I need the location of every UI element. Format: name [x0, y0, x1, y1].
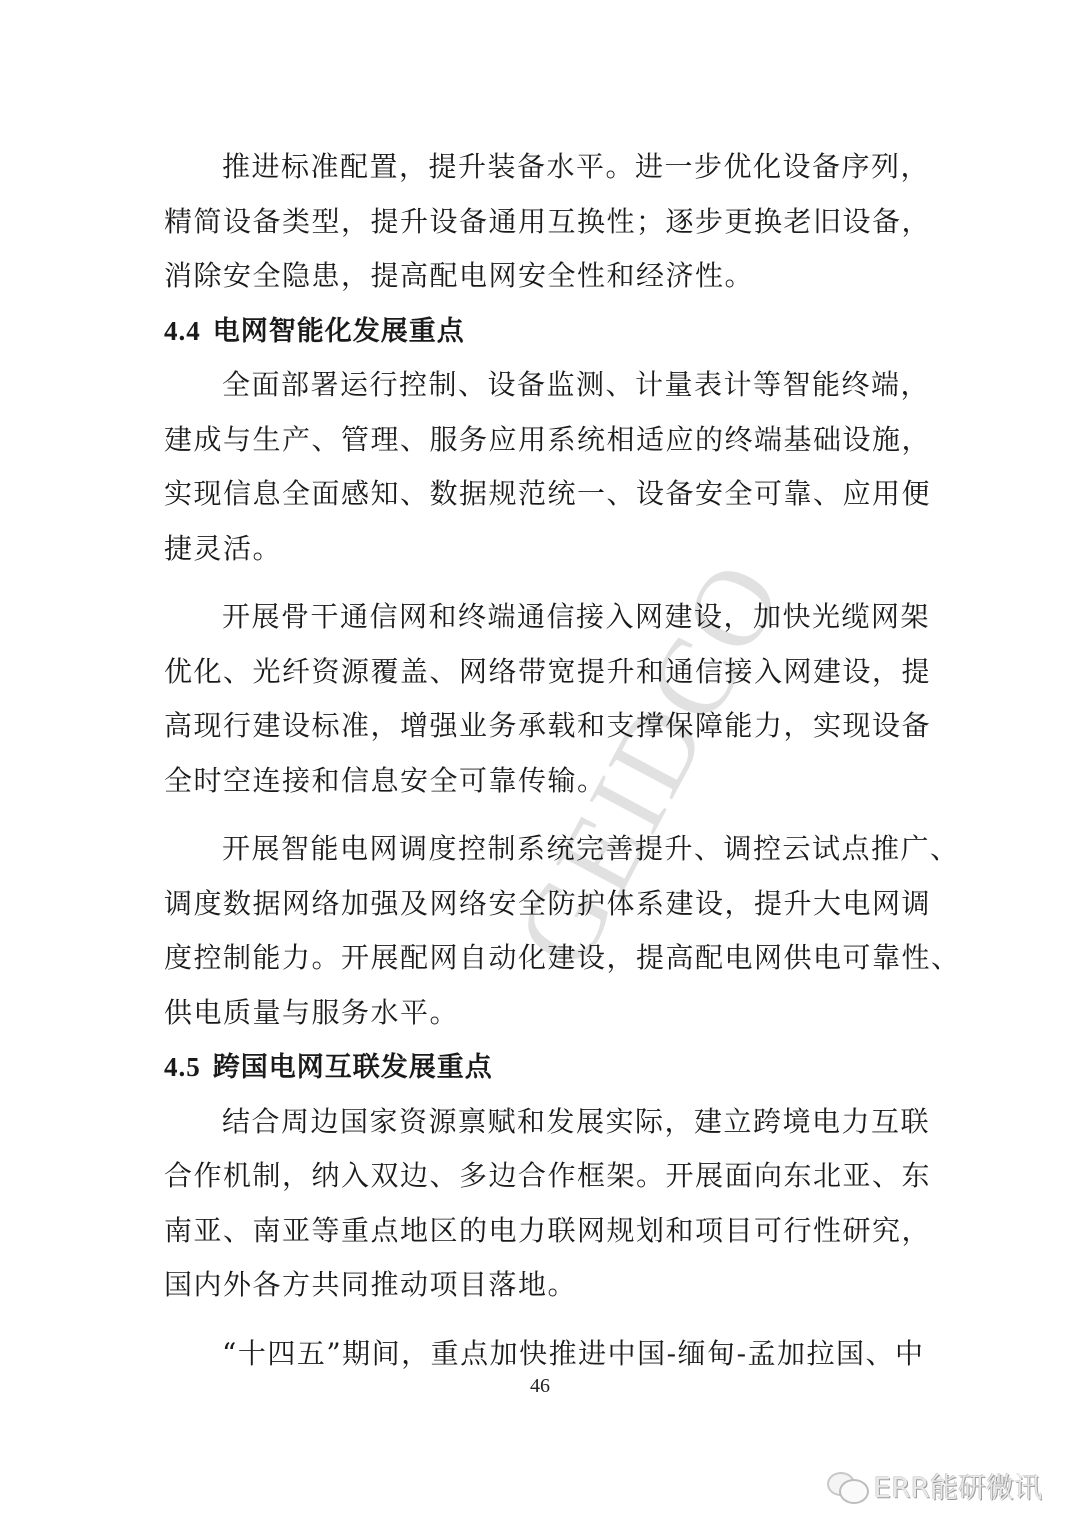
text-line: 建成与生产、管理、服务应用系统相适应的终端基础设施， [164, 413, 920, 468]
text-line: 全时空连接和信息安全可靠传输。 [164, 754, 920, 809]
document-page: GEIDCO 推进标准配置，提升装备水平。进一步优化设备序列， 精简设备类型，提… [0, 0, 1080, 1527]
paragraph: “十四五”期间，重点加快推进中国-缅甸-孟加拉国、中 [164, 1327, 920, 1382]
paragraph: 开展智能电网调度控制系统完善提升、调控云试点推广、 调度数据网络加强及网络安全防… [164, 822, 920, 1040]
brand-label: ERR能研微讯 [873, 1466, 1042, 1506]
text-line: 合作机制，纳入双边、多边合作框架。开展面向东北亚、东 [164, 1149, 920, 1204]
text-line: 开展智能电网调度控制系统完善提升、调控云试点推广、 [164, 822, 920, 877]
section-number: 4.5 [164, 1052, 201, 1082]
text-line: 消除安全隐患，提高配电网安全性和经济性。 [164, 249, 920, 304]
text-line: 精简设备类型，提升设备通用互换性；逐步更换老旧设备， [164, 195, 920, 250]
section-number: 4.4 [164, 316, 201, 346]
text-line: 高现行建设标准，增强业务承载和支撑保障能力，实现设备 [164, 699, 920, 754]
text-line: 南亚、南亚等重点地区的电力联网规划和项目可行性研究， [164, 1204, 920, 1259]
text-line: 调度数据网络加强及网络安全防护体系建设，提升大电网调 [164, 877, 920, 932]
brand-watermark: ERR能研微讯 [827, 1466, 1042, 1506]
text-line: 供电质量与服务水平。 [164, 986, 920, 1041]
section-title: 跨国电网互联发展重点 [213, 1052, 493, 1083]
text-line: 推进标准配置，提升装备水平。进一步优化设备序列， [164, 140, 920, 195]
section-heading-4-5: 4.5跨国电网互联发展重点 [164, 1040, 920, 1095]
document-body: 推进标准配置，提升装备水平。进一步优化设备序列， 精简设备类型，提升设备通用互换… [164, 140, 920, 1381]
page-number: 46 [0, 1375, 1080, 1398]
paragraph: 开展骨干通信网和终端通信接入网建设，加快光缆网架 优化、光纤资源覆盖、网络带宽提… [164, 590, 920, 808]
text-line: 全面部署运行控制、设备监测、计量表计等智能终端， [164, 358, 920, 413]
paragraph: 推进标准配置，提升装备水平。进一步优化设备序列， 精简设备类型，提升设备通用互换… [164, 140, 920, 304]
text-line: 国内外各方共同推动项目落地。 [164, 1258, 920, 1313]
section-heading-4-4: 4.4电网智能化发展重点 [164, 304, 920, 359]
text-line: 优化、光纤资源覆盖、网络带宽提升和通信接入网建设，提 [164, 645, 920, 700]
text-line: 实现信息全面感知、数据规范统一、设备安全可靠、应用便 [164, 467, 920, 522]
text-line: “十四五”期间，重点加快推进中国-缅甸-孟加拉国、中 [164, 1327, 920, 1382]
text-line: 捷灵活。 [164, 522, 920, 577]
section-title: 电网智能化发展重点 [213, 316, 465, 347]
text-line: 结合周边国家资源禀赋和发展实际，建立跨境电力互联 [164, 1095, 920, 1150]
text-line: 开展骨干通信网和终端通信接入网建设，加快光缆网架 [164, 590, 920, 645]
paragraph: 全面部署运行控制、设备监测、计量表计等智能终端， 建成与生产、管理、服务应用系统… [164, 358, 920, 576]
wechat-icon [827, 1470, 867, 1502]
text-line: 度控制能力。开展配网自动化建设，提高配电网供电可靠性、 [164, 931, 920, 986]
paragraph: 结合周边国家资源禀赋和发展实际，建立跨境电力互联 合作机制，纳入双边、多边合作框… [164, 1095, 920, 1313]
